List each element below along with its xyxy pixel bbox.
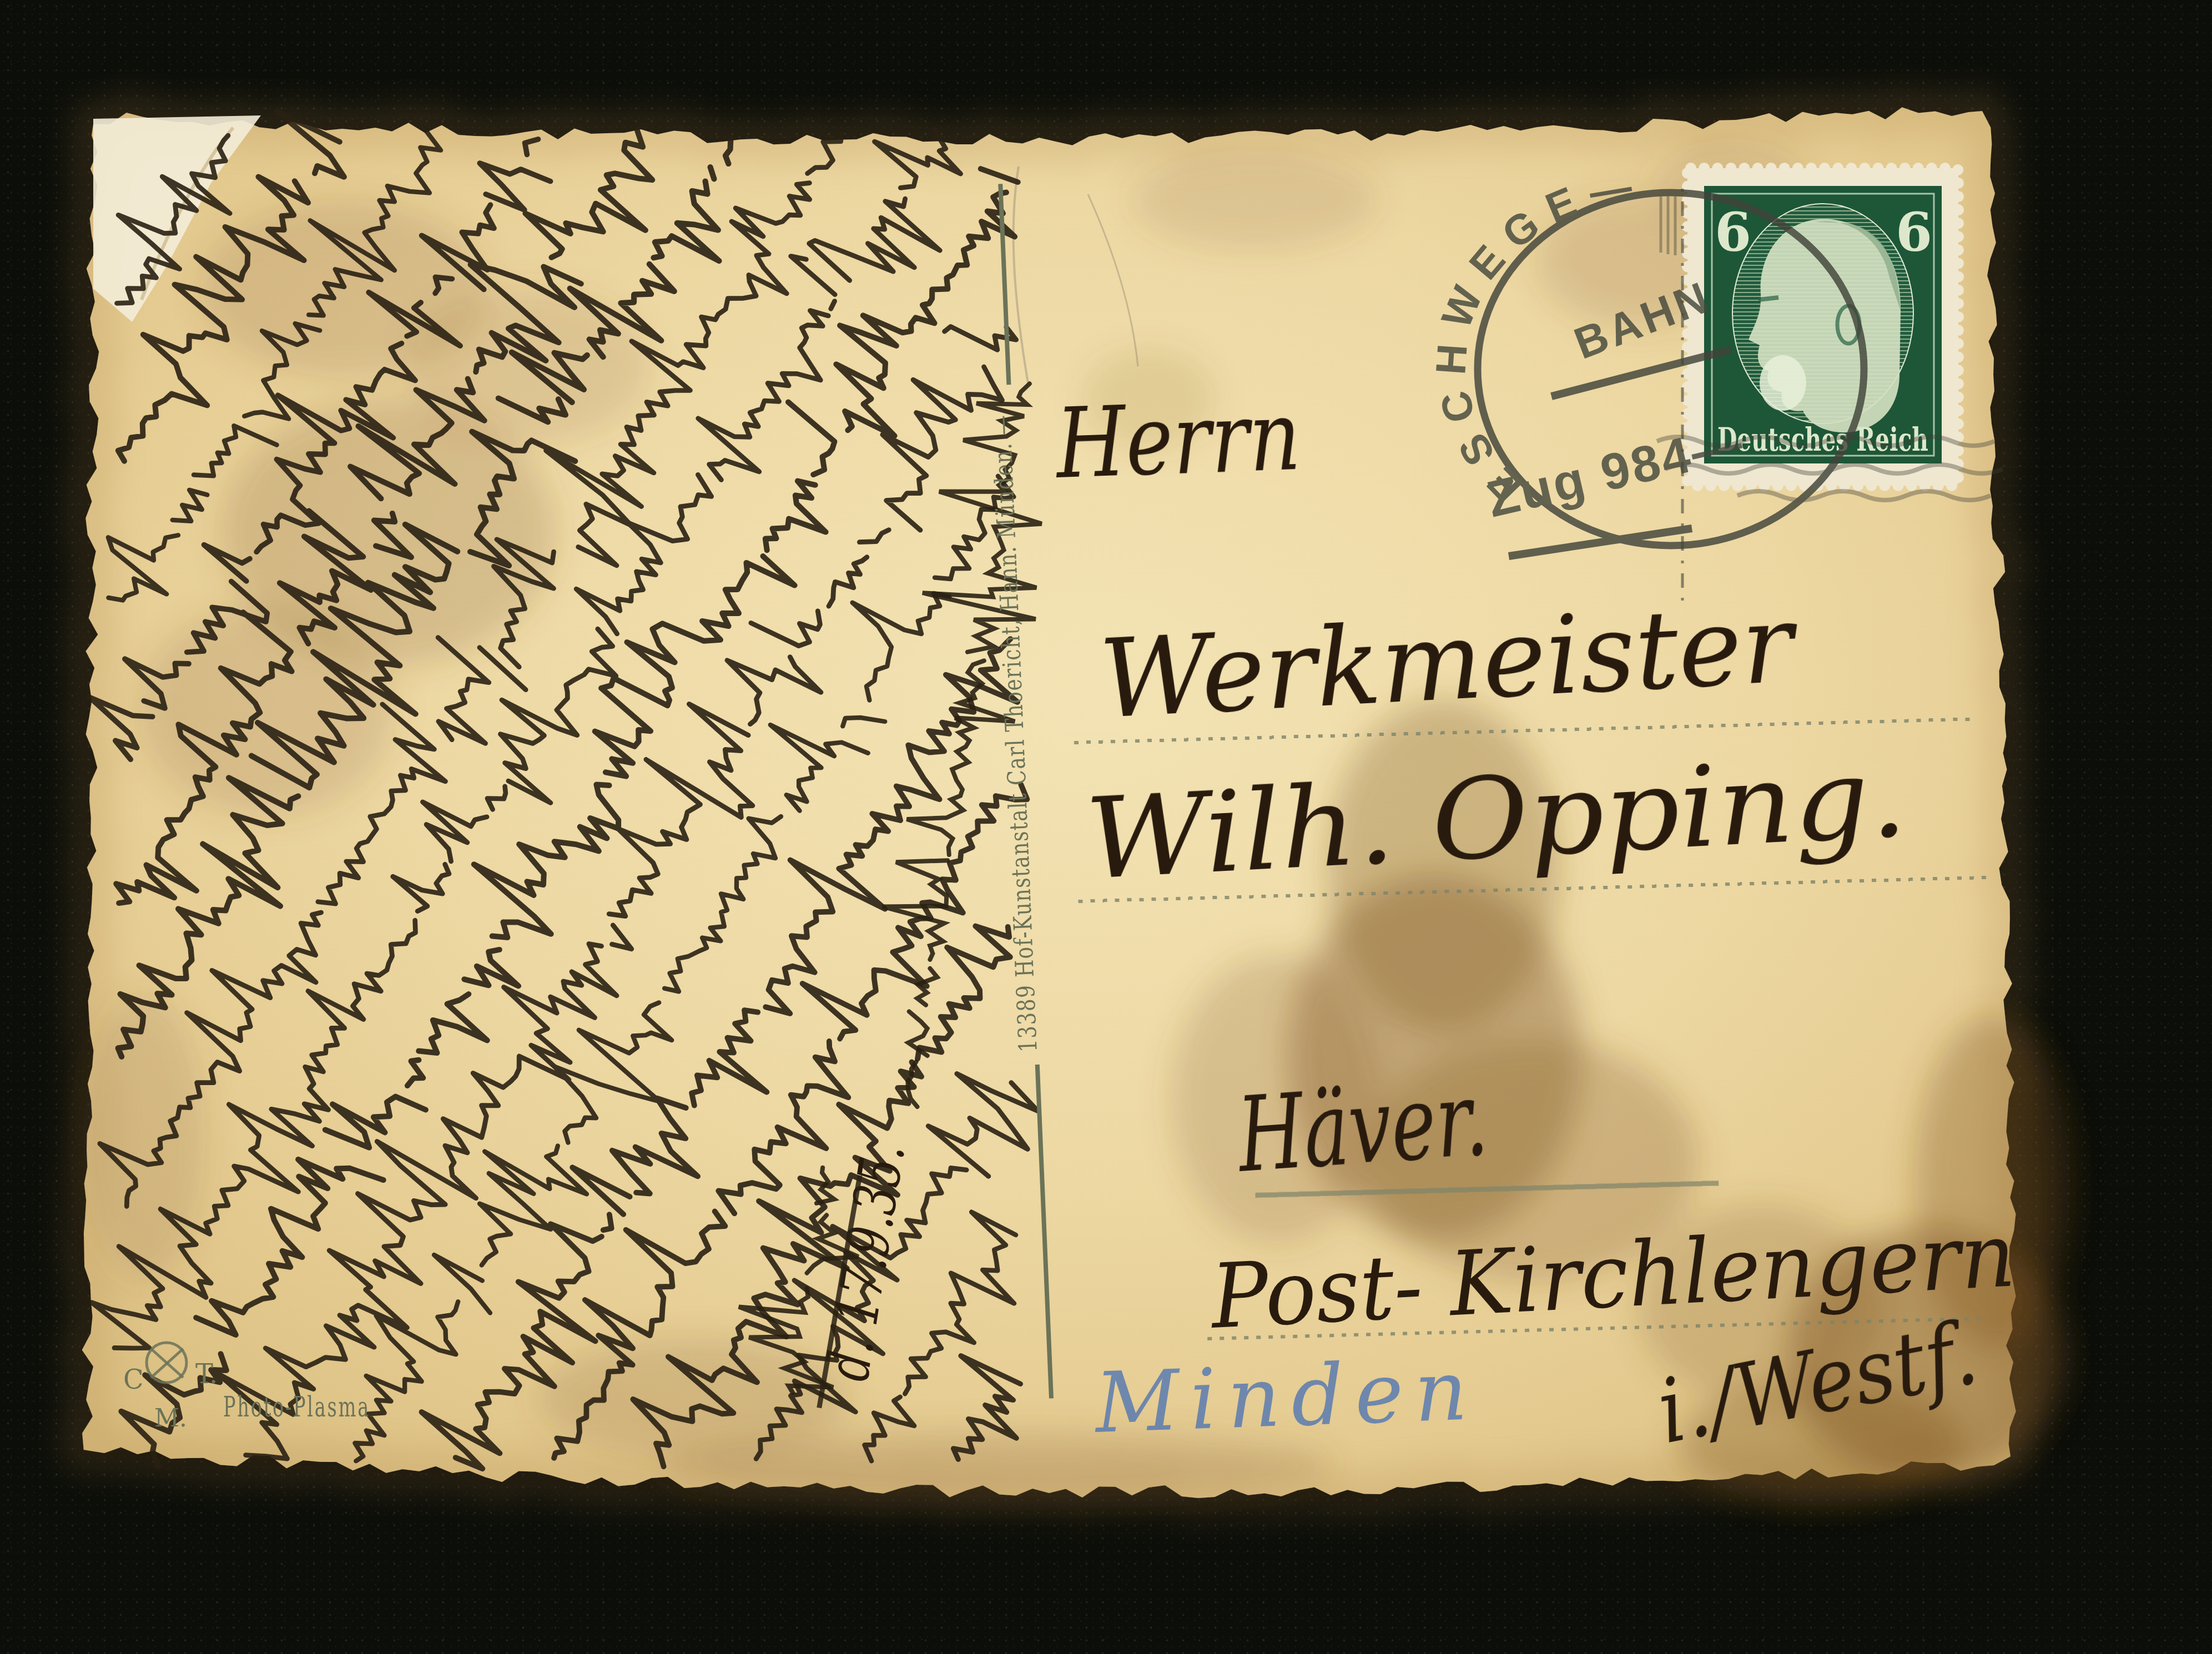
printer-monogram-right: T. <box>195 1359 218 1390</box>
postcard-scene: d. 17.9.35. 13389 Hof-Kunstanstalt Carl … <box>0 0 2212 1654</box>
hindenburg-beard <box>1760 355 1806 411</box>
scan-background: d. 17.9.35. 13389 Hof-Kunstanstalt Carl … <box>0 0 2212 1654</box>
printer-monogram-left: C <box>123 1364 144 1395</box>
address-village: Häver. <box>1233 1058 1492 1196</box>
printer-brand: Photo-Plasma <box>223 1391 370 1423</box>
blue-pencil-note: Minden <box>1092 1342 1480 1452</box>
stamp-value-right: 6 <box>1896 202 1932 264</box>
stamp-value-left: 6 <box>1715 202 1751 264</box>
address-salutation: Herrn <box>1053 380 1302 501</box>
printer-monogram-below: M. <box>154 1404 187 1433</box>
